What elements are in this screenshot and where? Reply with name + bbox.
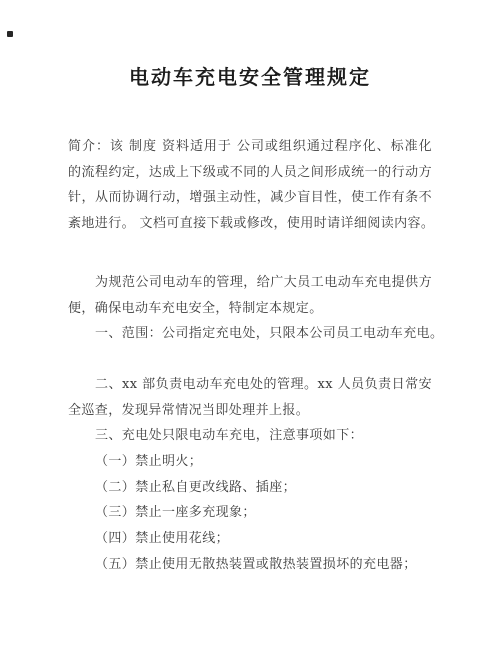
sub-item-3: （三）禁止一座多充现象； — [68, 500, 432, 526]
intro-line: 针，从而协调行动，增强主动性，减少盲目性，使工作有条不 — [68, 185, 432, 211]
rule-item-1: 一、范围：公司指定充电处，只限本公司员工电动车充电。 — [68, 321, 432, 347]
scan-ink-speck — [7, 31, 13, 37]
purpose-line: 便，确保电动车充电安全，特制定本规定。 — [68, 296, 432, 322]
intro-line: 简介：该 制度 资料适用于 公司或组织通过程序化、标准化 — [68, 134, 432, 160]
intro-paragraph: 简介：该 制度 资料适用于 公司或组织通过程序化、标准化 的流程约定，达成上下级… — [68, 134, 432, 237]
rule-item-2-line: 二、xx 部负责电动车充电处的管理。xx 人员负责日常安 — [68, 372, 432, 398]
rule-item-2-line: 全巡查，发现异常情况当即处理并上报。 — [68, 398, 432, 424]
document-page: 电动车充电安全管理规定 简介：该 制度 资料适用于 公司或组织通过程序化、标准化… — [0, 0, 500, 647]
sub-item-1: （一）禁止明火； — [68, 449, 432, 475]
sub-item-5: （五）禁止使用无散热装置或散热装置损坏的充电器； — [68, 552, 432, 578]
document-title: 电动车充电安全管理规定 — [68, 62, 432, 92]
intro-line: 紊地进行。 文档可直接下载或修改，使用时请详细阅读内容。 — [68, 211, 432, 237]
purpose-paragraph: 为规范公司电动车的管理，给广大员工电动车充电提供方 便，确保电动车充电安全，特制… — [68, 270, 432, 321]
sub-item-4: （四）禁止使用花线； — [68, 526, 432, 552]
intro-line: 的流程约定，达成上下级或不同的人员之间形成统一的行动方 — [68, 160, 432, 186]
sub-item-2: （二）禁止私自更改线路、插座； — [68, 475, 432, 501]
rule-item-3: 三、充电处只限电动车充电，注意事项如下： — [68, 423, 432, 449]
purpose-line: 为规范公司电动车的管理，给广大员工电动车充电提供方 — [68, 270, 432, 296]
rule-item-2: 二、xx 部负责电动车充电处的管理。xx 人员负责日常安 全巡查，发现异常情况当… — [68, 372, 432, 423]
